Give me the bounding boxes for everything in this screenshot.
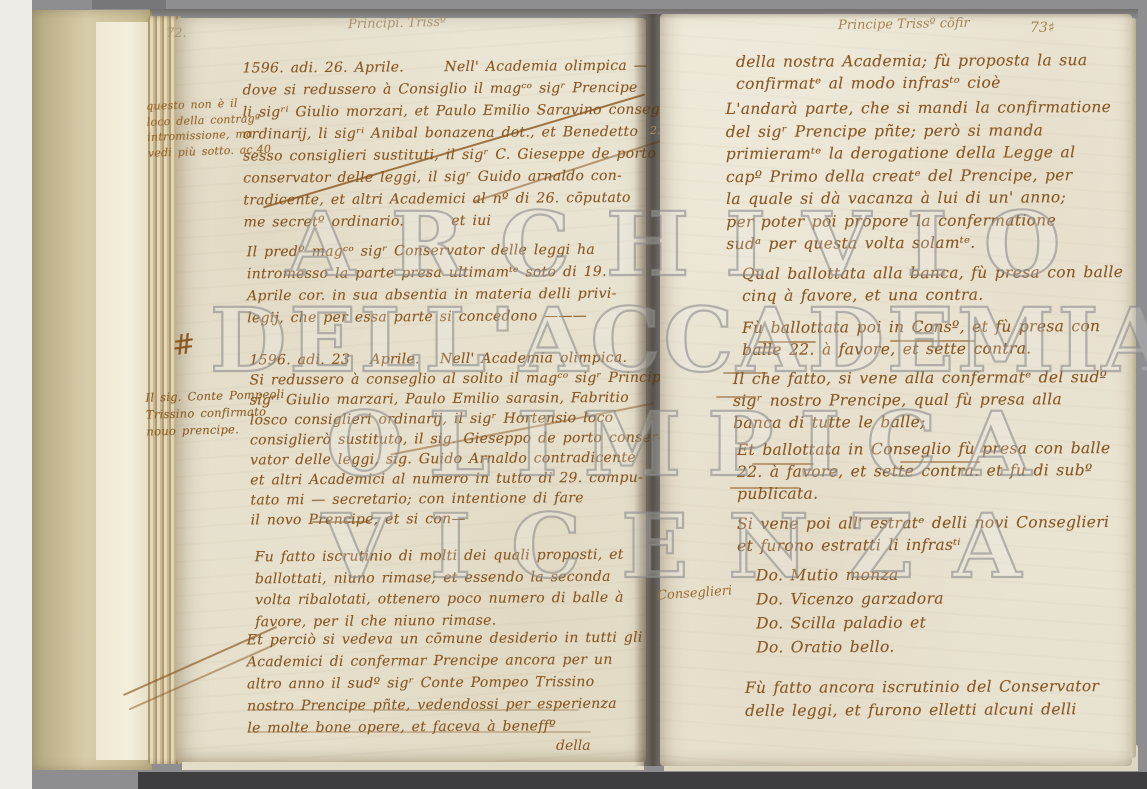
manuscript-line: Il predº magᶜᵒ sigʳ Conservator delle le… — [247, 239, 617, 264]
book-endpaper — [96, 22, 152, 760]
entry-scrutinio: Fu fatto iscrutinio di molti dei quali p… — [255, 545, 625, 634]
manuscript-line: Fù fatto ancora iscrutinio del Conservat… — [745, 675, 1099, 700]
manuscript-line: conservator delle leggi, il sigʳ Guido a… — [243, 164, 690, 189]
strikethrough-stroke — [758, 341, 816, 343]
manuscript-line: Fu fatto iscrutinio di molti dei quali p… — [255, 545, 624, 569]
manuscript-line: Do. Oratio bello. — [756, 635, 944, 660]
manuscript-line: ordinarij, li sigʳⁱ Anibal bonazena dot.… — [243, 120, 690, 145]
para-ballottata-consiglio: Fù ballottata poi in Consº, et fù presa … — [742, 315, 1101, 361]
manuscript-line: cinq à favore, et una contra. — [742, 283, 1123, 307]
para-conferma-proposta: della nostra Academia; fù proposta la su… — [736, 49, 1088, 95]
catchword: della — [556, 738, 591, 754]
folio-number-right: 73♯ — [1030, 20, 1055, 36]
scan-background-strip — [0, 0, 32, 789]
manuscript-line: nostro Prencipe pñte, vedendossi per esp… — [247, 693, 643, 718]
manuscript-line: altro anno il sudº sigʳ Conte Pompeo Tri… — [247, 671, 643, 696]
manuscript-line: legij, che per essa parte si concedono —… — [247, 305, 617, 330]
strikethrough-stroke — [730, 487, 800, 489]
margin-hash-mark: # — [170, 327, 198, 363]
manuscript-line: Do. Vicenzo garzadora — [756, 587, 944, 612]
manuscript-line: Et ballottata in Conseglio fù presa con … — [737, 437, 1111, 461]
manuscript-line: li sigʳⁱ Giulio morzari, et Paulo Emilio… — [243, 98, 690, 123]
manuscript-line: 1596. adi. 26. Aprile. Nell' Academia ol… — [242, 54, 689, 79]
underline-stroke — [247, 709, 579, 711]
strikethrough-stroke — [900, 461, 980, 463]
margin-number-mark: 2. — [650, 124, 661, 137]
folio-number-left: 72. — [166, 26, 187, 41]
manuscript-line: Fù ballottata poi in Consº, et fù presa … — [742, 315, 1100, 339]
manuscript-line: della nostra Academia; fù proposta la su… — [736, 49, 1088, 73]
scan-edge-bar — [92, 0, 166, 9]
manuscript-line: primieramᵗᵉ la derogatione della Legge a… — [726, 141, 1112, 166]
manuscript-line: le molte bone opere, et faceva à beneffº — [247, 715, 643, 740]
manuscript-line: L'andarà parte, che si mandi la confirma… — [726, 96, 1112, 121]
strikethrough-stroke — [723, 372, 768, 374]
para-ballottata-22: Et ballottata in Conseglio fù presa con … — [737, 437, 1111, 505]
entry-intromissione-parte: Il predº magᶜᵒ sigʳ Conservator delle le… — [247, 239, 617, 330]
manuscript-line: Academici di confermar Prencipe ancora p… — [247, 649, 643, 674]
council-members-list: Do. Mutio monzaDo. Vicenzo garzadoraDo. … — [756, 563, 944, 660]
manuscript-line: confirmatᵉ al modo infrasᵗᵒ cioè — [736, 71, 1088, 95]
manuscript-line: Si vene poi all' estratᵉ delli novi Cons… — [737, 511, 1109, 535]
strikethrough-stroke — [752, 463, 814, 465]
manuscript-line: la quale si dà vacanza à lui di un' anno… — [726, 186, 1112, 211]
manuscript-line: il novo Prencipe, et si con— — [250, 508, 670, 531]
manuscript-line: tradicente, et altri Academici al nº di … — [243, 186, 690, 211]
manuscript-line: Qual ballottata alla banca, fù presa con… — [742, 261, 1123, 285]
manuscript-line: et furono estratti li infrasᵗⁱ — [737, 533, 1109, 557]
manuscript-line: ballottati, niuno rimase; et essendo la … — [255, 566, 624, 590]
page-top-shadow — [150, 9, 1138, 19]
para-andara-parte: L'andarà parte, che si mandi la confirma… — [726, 96, 1112, 256]
entry-1596-04-26: 1596. adi. 26. Aprile. Nell' Academia ol… — [242, 54, 690, 233]
para-ballottata-banca: Qual ballottata alla banca, fù presa con… — [742, 261, 1124, 307]
manuscript-line: nouo prencipe. — [146, 420, 266, 440]
manuscript-line: del sigʳ Prencipe pñte; però si manda — [726, 118, 1112, 143]
manuscript-line: publicata. — [737, 481, 1111, 505]
entry-conferma-desiderio: Et perciò si vedeva un cōmune desiderio … — [247, 627, 644, 740]
manuscript-line: Trissino confirmato — [146, 403, 266, 423]
manuscript-line: intromesso la parte presa ultimamᵗᵉ soto… — [247, 261, 617, 286]
strikethrough-stroke — [716, 396, 756, 398]
manuscript-line: Il che fatto, si vene alla confermatᵉ de… — [733, 366, 1107, 390]
manuscript-line: me secretº ordinario. et iui — [243, 208, 690, 233]
margin-note-nuovo-prencipe: Il sig. Conte PompeoliTrissino confirmat… — [145, 386, 266, 440]
manuscript-line: Et perciò si vedeva un cōmune desiderio … — [247, 627, 643, 652]
scan-shadow-strip — [138, 772, 1147, 789]
para-scrutinio-conservator: Fù fatto ancora iscrutinio del Conservat… — [745, 675, 1099, 723]
para-confermatione-prencipe: Il che fatto, si vene alla confermatᵉ de… — [733, 366, 1108, 434]
manuscript-line: sudᵃ per questa volta solamᵗᵉ. — [726, 231, 1112, 256]
manuscript-line: delle leggi, et furono elletti alcuni de… — [745, 698, 1099, 723]
manuscript-line: per poter poi propore la confermatione — [726, 208, 1112, 233]
manuscript-line: sigʳ nostro Prencipe, qual fù presa alla — [733, 388, 1107, 412]
strikethrough-stroke — [890, 340, 975, 342]
strikethrough-stroke — [312, 521, 370, 523]
margin-note-intromissione: questo non è illoco della contragªintrom… — [146, 95, 256, 161]
manuscript-line: Aprile cor. in sua absentia in materia d… — [247, 283, 617, 308]
manuscript-line: capº Primo della creatᵉ del Prencipe, pe… — [726, 163, 1112, 188]
manuscript-line: volta ribalotati, ottenero poco numero d… — [255, 588, 624, 612]
manuscript-line: Do. Mutio monza — [756, 563, 944, 588]
manuscript-line: banca di tutte le balle; — [733, 410, 1107, 434]
manuscript-line: Do. Scilla paladio et — [756, 611, 944, 636]
underline-stroke — [247, 731, 591, 733]
right-page-edge — [1130, 18, 1136, 758]
manuscript-scan: Principi. Trissº 72. questo non è illoco… — [0, 0, 1147, 789]
manuscript-line: et altri Academici al numero in tutto di… — [250, 468, 670, 491]
manuscript-line: dove si redussero à Consiglio il magᶜᵒ s… — [243, 76, 690, 101]
para-estrazione-conseglieri: Si vene poi all' estratᵉ delli novi Cons… — [737, 511, 1109, 557]
